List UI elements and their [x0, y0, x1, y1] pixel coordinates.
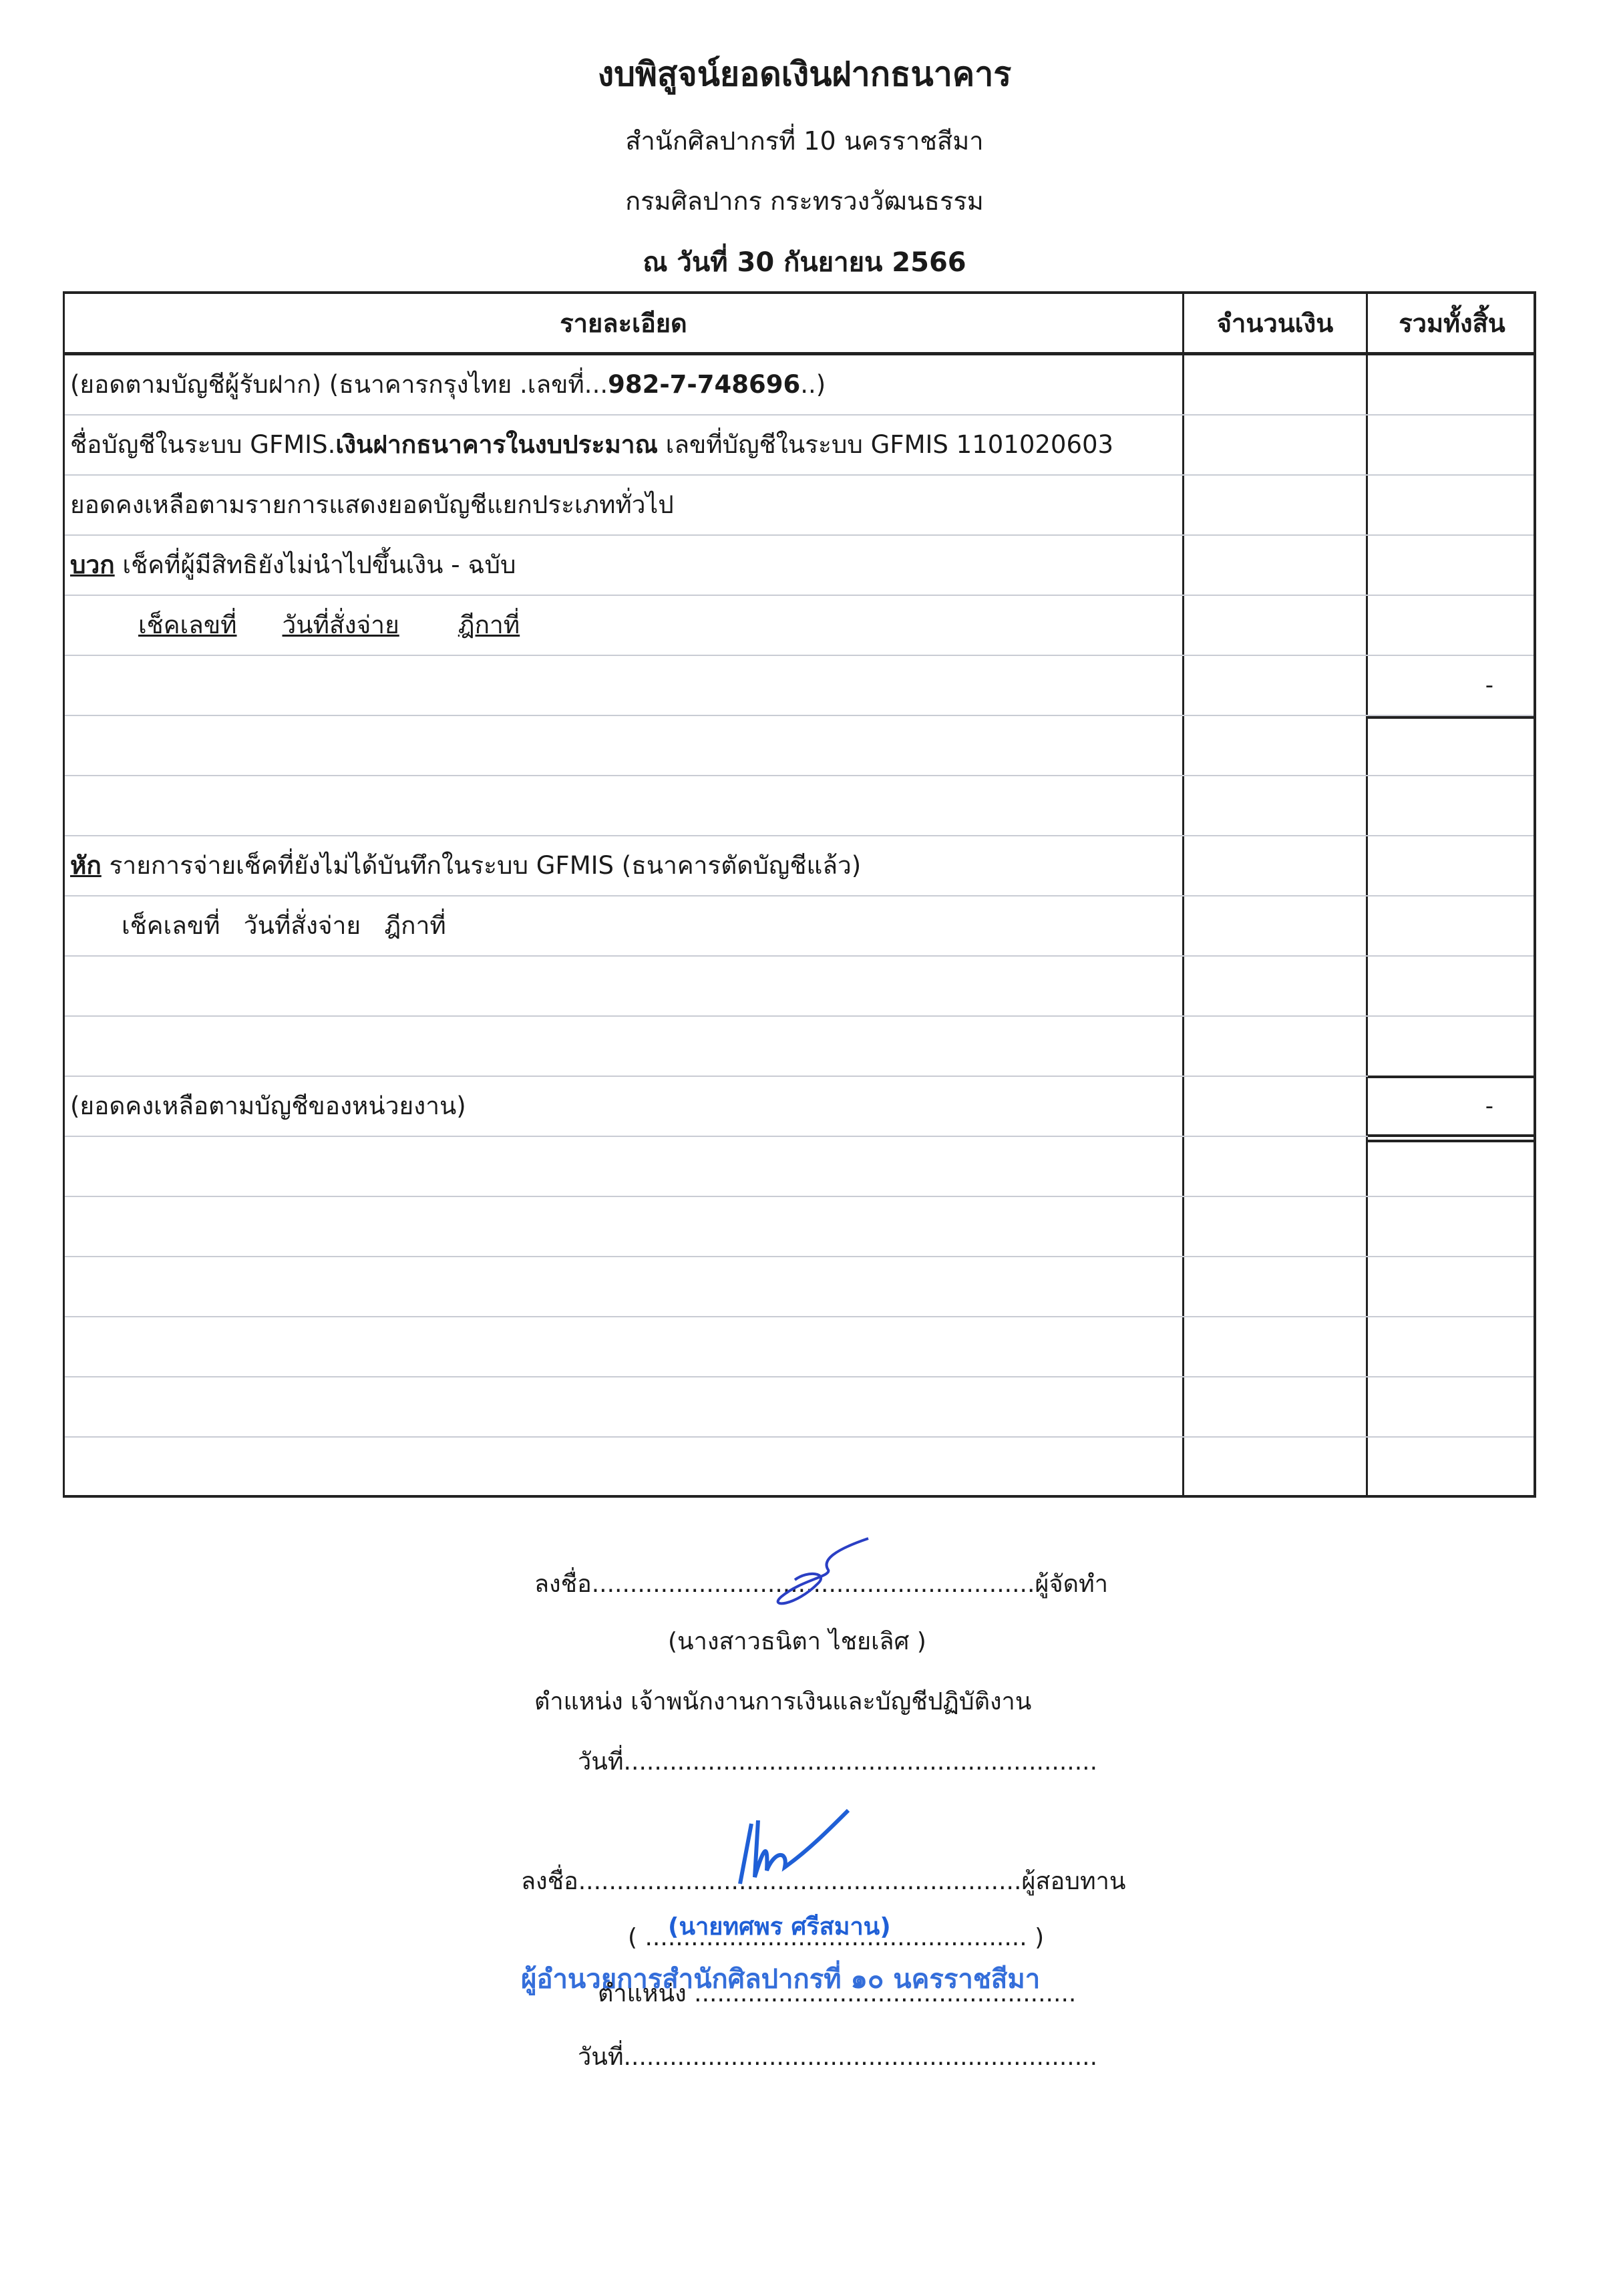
- header-amount: จำนวนเงิน: [1184, 294, 1366, 353]
- double-rule-top: [1368, 1134, 1536, 1137]
- add-columns: เช็คเลขที่วันที่สั่งจ่ายฎีกาที่: [138, 596, 520, 655]
- unit-balance-text: (ยอดคงเหลือตามบัญชีของหน่วยงาน): [70, 1077, 466, 1136]
- table-row: -: [65, 656, 1534, 716]
- department-name: กรมศิลปากร กระทรวงวัฒนธรรม: [0, 180, 1609, 221]
- table-row: บวก เช็คที่ผู้มีสิทธิยังไม่นำไปขึ้นเงิน …: [65, 536, 1534, 596]
- less-label: หัก: [70, 851, 102, 880]
- ledger-balance-text: ยอดคงเหลือตามรายการแสดงยอดบัญชีแยกประเภท…: [70, 476, 674, 534]
- less-columns: เช็คเลขที่ วันที่สั่งจ่าย ฎีกาที่: [122, 896, 446, 955]
- table-row: ชื่อบัญชีในระบบ GFMIS.เงินฝากธนาคารในงบป…: [65, 416, 1534, 476]
- add-section-text: บวก เช็คที่ผู้มีสิทธิยังไม่นำไปขึ้นเงิน …: [70, 536, 516, 595]
- table-row: (ยอดตามบัญชีผู้รับฝาก) (ธนาคารกรุงไทย .เ…: [65, 355, 1534, 416]
- subtotal-rule: [1368, 716, 1536, 719]
- reviewer-position-line: ตำแหน่ง ................................…: [598, 1974, 1076, 2012]
- table-row: [65, 716, 1534, 776]
- less-section-text: หัก รายการจ่ายเช็คที่ยังไม่ได้บันทึกในระ…: [70, 836, 861, 895]
- total-rule: [1368, 1076, 1536, 1078]
- header-details: รายละเอียด: [65, 294, 1182, 353]
- bank-balance-text: (ยอดตามบัญชีผู้รับฝาก) (ธนาคารกรุงไทย .เ…: [70, 355, 826, 414]
- table-row: ยอดคงเหลือตามรายการแสดงยอดบัญชีแยกประเภท…: [65, 476, 1534, 536]
- unit-total-value: -: [1485, 1077, 1493, 1136]
- as-of-date: ณ วันที่ 30 กันยายน 2566: [0, 240, 1609, 283]
- document-title: งบพิสูจน์ยอดเงินฝากธนาคาร: [0, 48, 1609, 101]
- header-total: รวมทั้งสิ้น: [1368, 294, 1536, 353]
- office-name: สำนักศิลปากรที่ 10 นครราชสีมา: [0, 120, 1609, 161]
- table-row: หัก รายการจ่ายเช็คที่ยังไม่ได้บันทึกในระ…: [65, 836, 1534, 896]
- preparer-signature-icon: [755, 1533, 888, 1613]
- add-total-value: -: [1485, 656, 1493, 715]
- bank-account-number: 982-7-748696: [608, 370, 800, 399]
- table-row: [65, 1257, 1534, 1317]
- reviewer-signature-icon: [728, 1804, 862, 1891]
- gfmis-account-text: ชื่อบัญชีในระบบ GFMIS.เงินฝากธนาคารในงบป…: [70, 416, 1113, 474]
- reconciliation-table: รายละเอียด จำนวนเงิน รวมทั้งสิ้น (ยอดตาม…: [63, 291, 1536, 1498]
- table-row: [65, 1197, 1534, 1257]
- reviewer-name-line: ( ......................................…: [628, 1924, 1044, 1951]
- table-header: รายละเอียด จำนวนเงิน รวมทั้งสิ้น: [65, 294, 1534, 355]
- table-row: เช็คเลขที่ วันที่สั่งจ่าย ฎีกาที่: [65, 896, 1534, 957]
- table-row: [65, 957, 1534, 1017]
- reviewer-date-line: วันที่..................................…: [578, 2037, 1097, 2076]
- table-row: [65, 1438, 1534, 1498]
- table-row: [65, 1017, 1534, 1077]
- table-row: [65, 776, 1534, 836]
- preparer-name: (นางสาวธนิตา ไชยเลิศ ): [668, 1622, 926, 1660]
- table-row: (ยอดคงเหลือตามบัญชีของหน่วยงาน) -: [65, 1077, 1534, 1137]
- table-row: [65, 1137, 1534, 1197]
- table-row: เช็คเลขที่วันที่สั่งจ่ายฎีกาที่: [65, 596, 1534, 656]
- preparer-date-line: วันที่..................................…: [578, 1742, 1097, 1780]
- table-row: [65, 1317, 1534, 1377]
- double-rule-bottom: [1368, 1140, 1536, 1142]
- add-label: บวก: [70, 550, 115, 579]
- preparer-position: ตำแหน่ง เจ้าพนักงานการเงินและบัญชีปฏิบัต…: [534, 1682, 1031, 1720]
- table-row: [65, 1377, 1534, 1438]
